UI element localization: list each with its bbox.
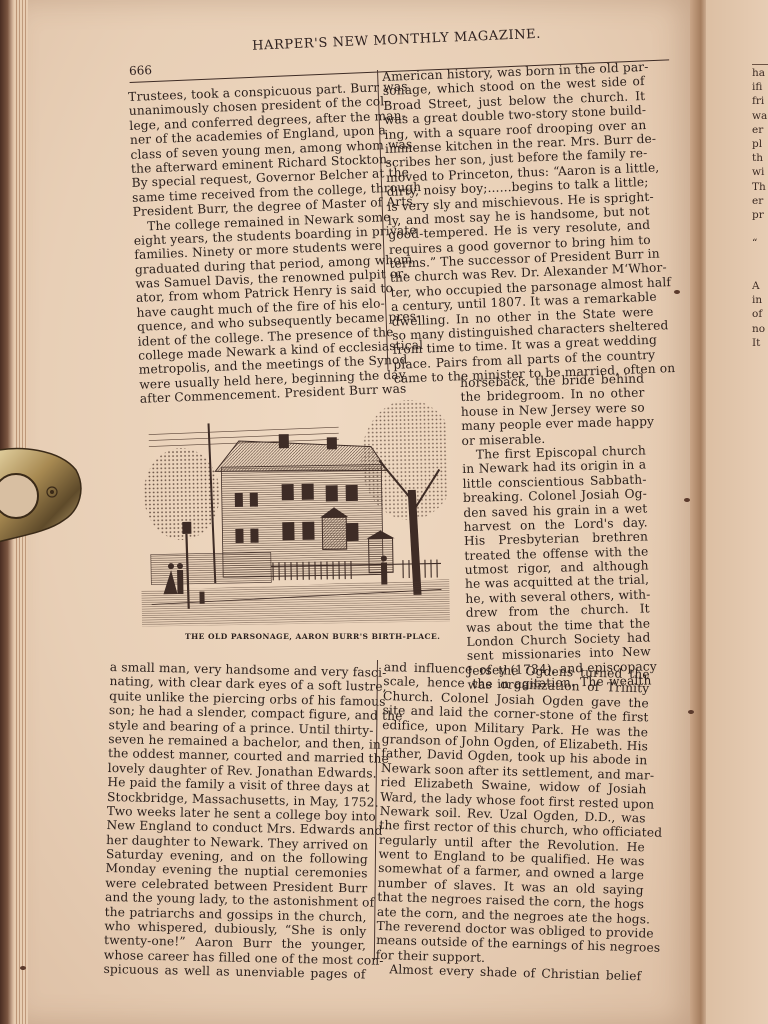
facing-page-line: fri xyxy=(752,94,768,108)
facing-page-line: er xyxy=(752,123,768,137)
facing-page-line xyxy=(752,265,768,279)
text-column-middle-right: horseback, the bride behindthe bridegroo… xyxy=(460,372,652,693)
parsonage-engraving xyxy=(138,389,450,626)
facing-page-line: in xyxy=(752,293,768,307)
facing-page-line: th xyxy=(752,151,768,165)
facing-page-line xyxy=(752,251,768,265)
facing-page-line: ha xyxy=(752,66,768,80)
facing-page-rule xyxy=(752,64,768,65)
facing-page-line: pl xyxy=(752,137,768,151)
facing-page-line xyxy=(752,222,768,236)
facing-page-line: “ xyxy=(752,236,768,250)
page-number: 666 xyxy=(129,63,152,78)
page-blemish xyxy=(20,966,26,970)
text-column-bottom-right: and influence of the Ogdens turned thesc… xyxy=(375,660,650,984)
illustration-caption: THE OLD PARSONAGE, AARON BURR'S BIRTH-PL… xyxy=(185,632,440,641)
facing-page-line: A xyxy=(752,279,768,293)
text-column-bottom-left: a small man, very handsome and very fasc… xyxy=(103,660,372,982)
facing-page-line: er xyxy=(752,194,768,208)
facing-page-line: wi xyxy=(752,165,768,179)
page-blemish xyxy=(674,290,680,294)
facing-page-line: It xyxy=(752,336,768,350)
facing-page-line: Th xyxy=(752,180,768,194)
facing-page-line: of xyxy=(752,307,768,321)
facing-page-line: wa xyxy=(752,109,768,123)
brass-clasp xyxy=(0,440,86,550)
text-column-top-left: Trustees, took a conspicuous part. Burr … xyxy=(128,80,388,406)
text-column-top-right: American history, was born in the old pa… xyxy=(382,60,656,386)
page-blemish xyxy=(688,710,694,714)
page-blemish xyxy=(684,498,690,502)
facing-page-line: ifi xyxy=(752,80,768,94)
facing-page-text: haififriwaerplthwiTherpr “ AinofnoIt xyxy=(752,66,768,350)
facing-page-line: pr xyxy=(752,208,768,222)
facing-page-line: no xyxy=(752,322,768,336)
